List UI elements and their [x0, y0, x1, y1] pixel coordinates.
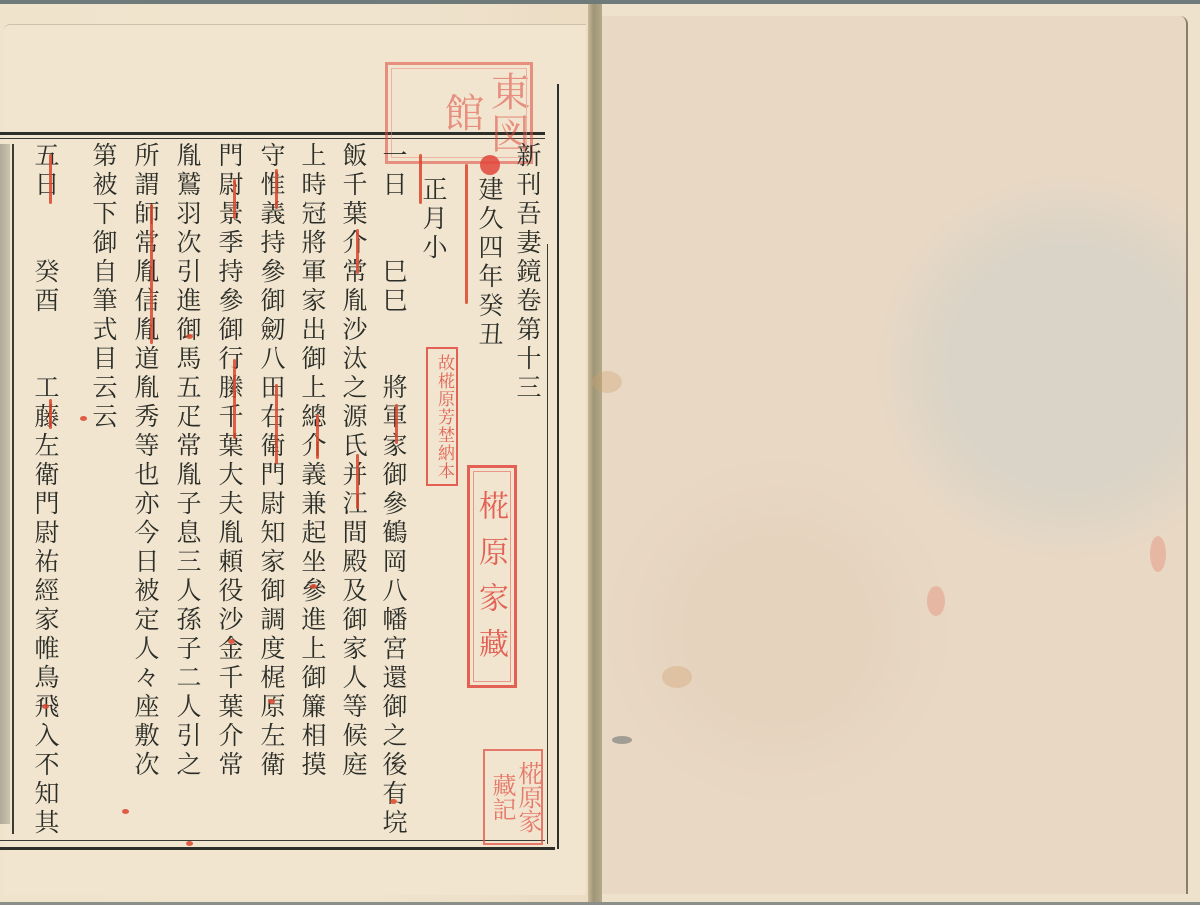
- frame-border-bottom-inner: [0, 840, 545, 841]
- red-annotation-line: [419, 154, 422, 204]
- red-punctuation-dot: [186, 334, 193, 339]
- red-annotation-line: [233, 179, 236, 219]
- frame-border-bottom: [0, 847, 555, 850]
- red-annotation-line: [356, 454, 359, 509]
- red-circle-mark: [480, 155, 500, 175]
- red-annotation-line: [49, 399, 52, 429]
- text-column-4: 守惟義持參御劒八田右衛門尉知家御調度梶原左衛: [256, 142, 286, 780]
- red-annotation-line: [395, 404, 398, 444]
- title-column: 新刊吾妻鏡卷第十三: [512, 142, 542, 403]
- red-annotation-line: [49, 154, 52, 204]
- red-annotation-line: [150, 204, 153, 344]
- paper-stain: [612, 736, 632, 744]
- seal-family-collection: 椛原家藏: [467, 465, 517, 688]
- seal-bottom-text: 椛原家藏記: [488, 761, 542, 833]
- text-column-5: 門尉景季持參御行縢千葉大夫胤頼役沙金千葉介常: [214, 142, 244, 780]
- red-annotation-line: [275, 169, 278, 209]
- text-column-9: 五日 癸酉 工藤左衛門尉祐經家帷鳥飛入不知其: [30, 142, 60, 838]
- text-column-3: 上時冠將軍家出御上總介義兼起坐參進上御簾相摸: [297, 142, 327, 780]
- seal-inner-border: [473, 471, 511, 682]
- page-edge-shadow: [0, 144, 10, 824]
- red-annotation-line: [233, 359, 236, 439]
- frame-border-right: [557, 84, 559, 849]
- seal-bottom: 椛原家藏記: [483, 749, 543, 845]
- text-column-6: 胤鷲羽次引進御馬五疋常胤子息三人孫子二人引之: [172, 142, 202, 780]
- left-page: 東図館 故椛原芳埜納本 椛原家藏 椛原家藏記 新刊吾妻鏡卷第十三 建久四年癸丑 …: [0, 4, 600, 902]
- red-punctuation-dot: [310, 584, 317, 589]
- paper-stain: [1150, 536, 1166, 572]
- seal-donation: 故椛原芳埜納本: [426, 347, 458, 486]
- text-column-8: 第被下御自筆式目云云: [88, 142, 118, 432]
- book-gutter: [588, 4, 602, 902]
- red-annotation-line: [275, 384, 278, 464]
- red-punctuation-dot: [390, 799, 397, 804]
- paper-stain: [662, 666, 692, 688]
- red-annotation-line: [465, 164, 468, 304]
- text-column-2: 飯千葉介常胤沙汰之源氏并江間殿及御家人等候庭: [338, 142, 368, 780]
- red-punctuation-dot: [80, 416, 87, 421]
- seal-small-text: 故椛原芳埜納本: [434, 354, 454, 480]
- era-column: 建久四年癸丑: [474, 176, 504, 350]
- red-annotation-line: [316, 414, 319, 459]
- red-punctuation-dot: [186, 841, 193, 846]
- red-punctuation-dot: [268, 699, 275, 704]
- frame-border-right-inner: [547, 244, 548, 844]
- month-column: 正月小: [418, 176, 448, 263]
- red-punctuation-dot: [42, 704, 49, 709]
- frame-border-left: [12, 144, 14, 834]
- seal-inner-border: [391, 68, 527, 158]
- right-page-blank: [602, 4, 1200, 902]
- text-column-1: 一日 巳巳 將軍家御參鶴岡八幡宮還御之後有垸: [378, 142, 408, 838]
- red-punctuation-dot: [228, 639, 235, 644]
- red-annotation-line: [356, 229, 359, 274]
- right-page-paper: [602, 16, 1188, 894]
- paper-stain: [592, 371, 622, 393]
- red-punctuation-dot: [122, 809, 129, 814]
- paper-stain: [927, 586, 945, 616]
- text-column-7: 所謂師常胤信胤道胤秀等也亦今日被定人々座敷次: [130, 142, 160, 780]
